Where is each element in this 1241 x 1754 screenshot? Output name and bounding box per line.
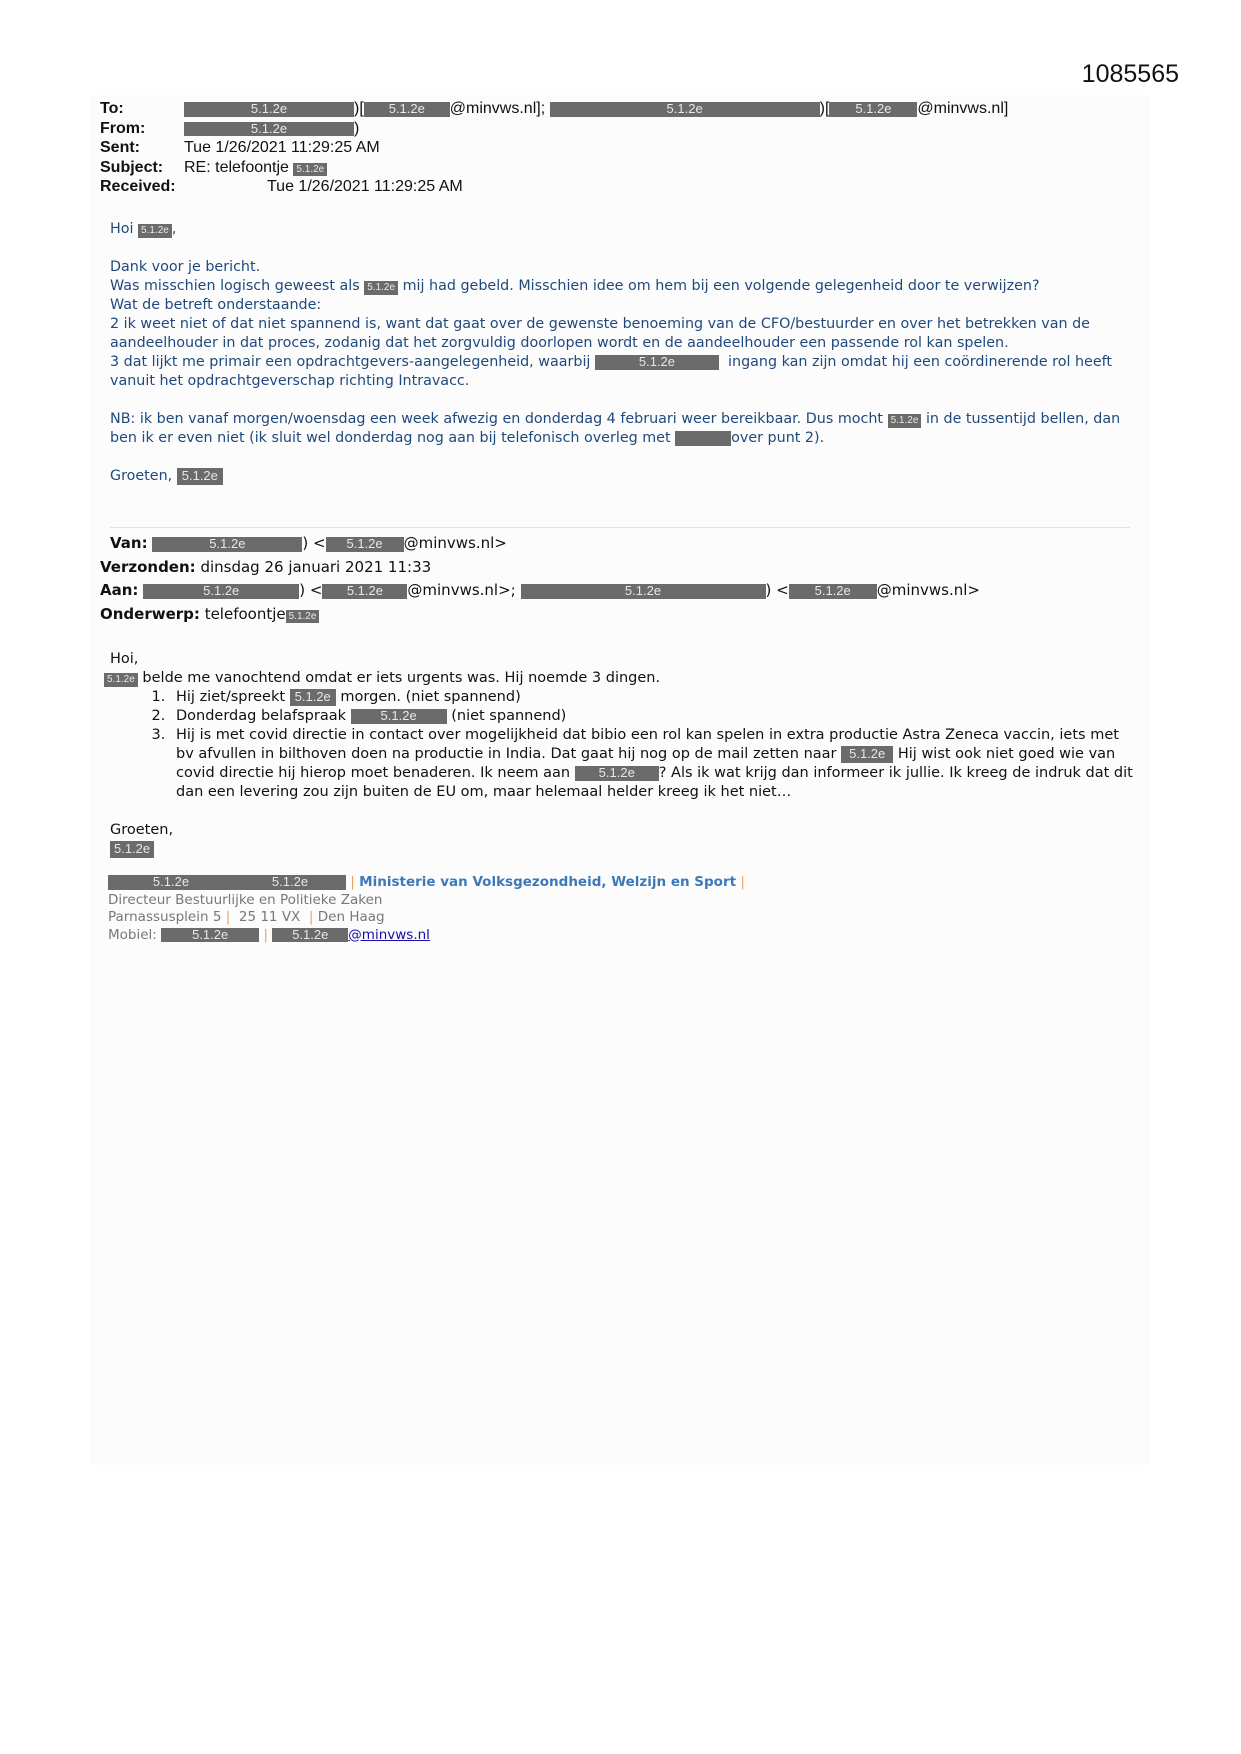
redaction: 5.1.2e xyxy=(184,122,354,137)
redaction: 5.1.2e xyxy=(108,875,234,890)
redaction: 5.1.2e xyxy=(364,102,450,117)
reply-closing: Groeten, 5.1.2e xyxy=(110,467,1130,486)
forward-list: Hij ziet/spreekt 5.1.2e morgen. (niet sp… xyxy=(110,688,1140,802)
redaction: 5.1.2e xyxy=(829,102,917,117)
redaction: 5.1.2e xyxy=(841,746,893,763)
subject-label: Subject: xyxy=(100,159,163,177)
redaction: 5.1.2e xyxy=(104,673,138,687)
reply-nb: NB: ik ben vanaf morgen/woensdag een wee… xyxy=(110,410,1130,448)
redaction: 5.1.2e xyxy=(184,102,354,117)
redaction: 5.1.2e xyxy=(521,584,766,599)
onderwerp-row: Onderwerp: telefoontje5.1.2e xyxy=(100,603,980,627)
reply-line-3: Wat de betreft onderstaande: xyxy=(110,296,1130,315)
forward-signoff: 5.1.2e xyxy=(110,840,1140,859)
list-item: Donderdag belafspraak 5.1.2e (niet spann… xyxy=(170,707,1140,726)
redaction: 5.1.2e xyxy=(364,281,398,295)
reply-line-2: Was misschien logisch geweest als 5.1.2e… xyxy=(110,277,1130,296)
redaction: 5.1.2e xyxy=(326,537,404,552)
forwarded-body: Hoi, 5.1.2e belde me vanochtend omdat er… xyxy=(110,650,1140,859)
reply-greeting: Hoi 5.1.2e, xyxy=(110,220,1130,239)
reply-body: Hoi 5.1.2e, Dank voor je bericht. Was mi… xyxy=(110,220,1130,486)
redaction: 5.1.2e xyxy=(550,102,820,117)
from-label: From: xyxy=(100,120,145,138)
list-item: Hij is met covid directie in contact ove… xyxy=(170,726,1140,802)
redaction: 5.1.2e xyxy=(888,414,922,428)
redaction: 5.1.2e xyxy=(177,468,223,485)
forward-greeting: Hoi, xyxy=(110,650,1140,669)
redaction: 5.1.2e xyxy=(575,766,659,781)
document-number: 1085565 xyxy=(1082,60,1179,89)
sent-label: Sent: xyxy=(100,139,140,157)
redaction: 5.1.2e xyxy=(351,709,447,724)
redaction: 5.1.2e xyxy=(272,928,348,943)
redaction: 5.1.2e xyxy=(110,841,154,858)
signature-name-row: 5.1.2e5.1.2e | Ministerie van Volksgezon… xyxy=(108,874,745,892)
redaction: 5.1.2e xyxy=(293,163,327,177)
subject-value: RE: telefoontje 5.1.2e xyxy=(184,159,327,177)
redaction: 5.1.2e xyxy=(234,875,346,890)
reply-point-2: 2 ik weet niet of dat niet spannend is, … xyxy=(110,315,1130,353)
forward-intro: 5.1.2e belde me vanochtend omdat er iets… xyxy=(104,669,1140,688)
forwarded-header: Van: 5.1.2e) <5.1.2e@minvws.nl> Verzonde… xyxy=(100,532,980,626)
verzonden-row: Verzonden: dinsdag 26 januari 2021 11:33 xyxy=(100,556,980,580)
sent-value: Tue 1/26/2021 11:29:25 AM xyxy=(184,139,380,157)
aan-row: Aan: 5.1.2e) <5.1.2e@minvws.nl>; 5.1.2e)… xyxy=(100,579,980,603)
to-value: 5.1.2e)[5.1.2e@minvws.nl]; 5.1.2e)[5.1.2… xyxy=(184,100,1008,118)
van-row: Van: 5.1.2e) <5.1.2e@minvws.nl> xyxy=(100,532,980,556)
signature-address: Parnassusplein 5 | 25 11 VX | Den Haag xyxy=(108,909,745,927)
redaction: 5.1.2e xyxy=(143,584,299,599)
redaction: 5.1.2e xyxy=(138,224,172,238)
from-value: 5.1.2e) xyxy=(184,120,359,138)
redaction xyxy=(675,431,731,446)
reply-point-3: 3 dat lijkt me primair een opdrachtgever… xyxy=(110,353,1130,391)
email-link[interactable]: @minvws.nl xyxy=(348,927,430,943)
signature-contact: Mobiel: 5.1.2e | 5.1.2e@minvws.nl xyxy=(108,927,745,945)
redaction: 5.1.2e xyxy=(595,355,719,370)
to-label: To: xyxy=(100,100,124,118)
redaction: 5.1.2e xyxy=(322,584,407,599)
message-divider xyxy=(110,527,1130,528)
signature: 5.1.2e5.1.2e | Ministerie van Volksgezon… xyxy=(108,874,745,944)
received-label: Received: xyxy=(100,178,176,196)
received-value: Tue 1/26/2021 11:29:25 AM xyxy=(267,178,463,196)
redaction: 5.1.2e xyxy=(152,537,302,552)
reply-line-1: Dank voor je bericht. xyxy=(110,258,1130,277)
signature-title: Directeur Bestuurlijke en Politieke Zake… xyxy=(108,892,745,910)
redaction: 5.1.2e xyxy=(290,689,336,706)
organization-name: Ministerie van Volksgezondheid, Welzijn … xyxy=(359,874,736,890)
forward-closing: Groeten, xyxy=(110,821,1140,840)
redaction: 5.1.2e xyxy=(286,610,320,624)
list-item: Hij ziet/spreekt 5.1.2e morgen. (niet sp… xyxy=(170,688,1140,707)
redaction: 5.1.2e xyxy=(789,584,877,599)
redaction: 5.1.2e xyxy=(161,928,259,943)
